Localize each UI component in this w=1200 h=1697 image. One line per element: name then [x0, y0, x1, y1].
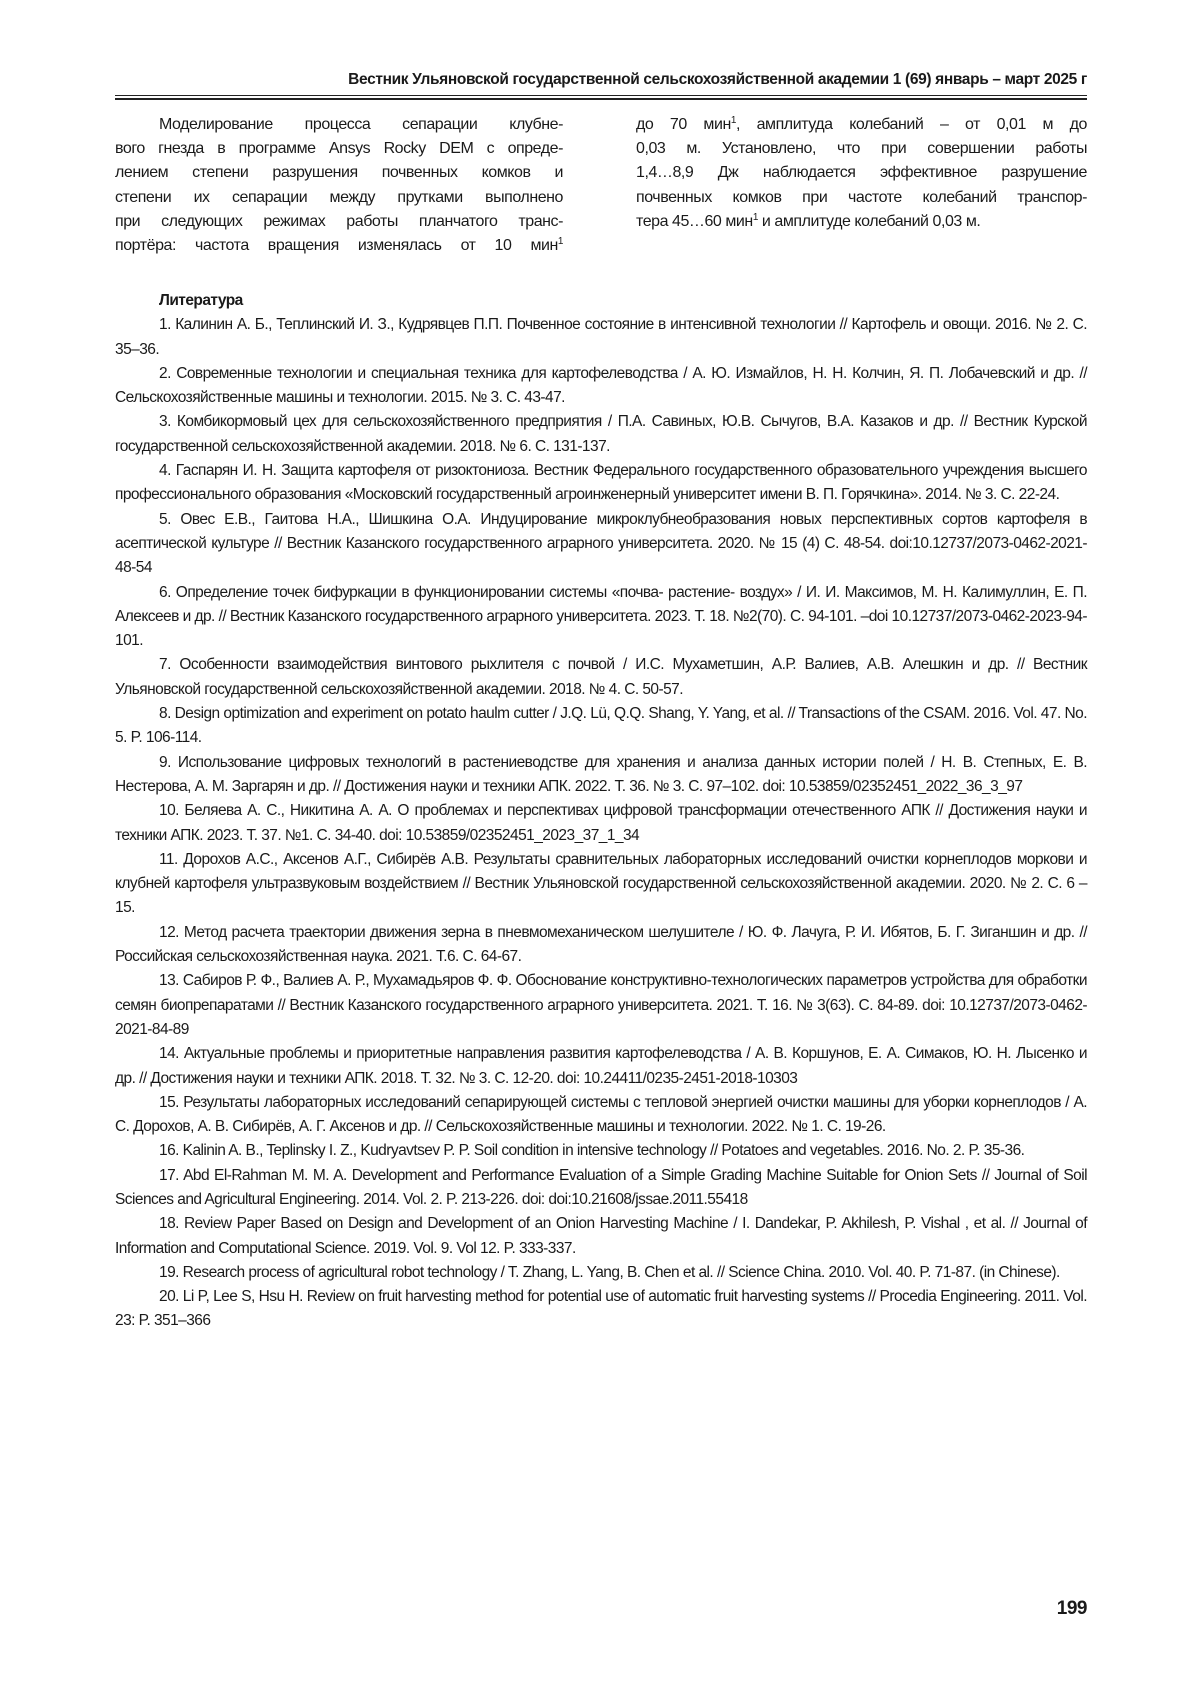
text-line: 1,4…8,9 Дж наблюдается эффективное разру… [636, 161, 1087, 185]
reference-item: 6. Определение точек бифуркации в функци… [115, 581, 1087, 654]
reference-item: 2. Современные технологии и специальная … [115, 362, 1087, 411]
reference-item: 5. Овес Е.В., Гаитова Н.А., Шишкина О.А.… [115, 508, 1087, 581]
header-rule-thick [115, 98, 1087, 100]
text-line: почвенных комков при частоте колебаний т… [636, 186, 1087, 210]
references-section: Литература 1. Калинин А. Б., Теплинский … [115, 289, 1087, 1334]
body-paragraph: до 70 мин1, амплитуда колебаний – от 0,0… [636, 113, 1087, 234]
text-line: до 70 мин1, амплитуда колебаний – от 0,0… [636, 113, 1087, 137]
reference-item: 11. Дорохов А.С., Аксенов А.Г., Сибирёв … [115, 848, 1087, 921]
text-line: степени их сепарации между прутками выпо… [115, 186, 563, 210]
text-fragment: 1,4…8,9 Дж наблюдается эффективное разру… [636, 164, 1087, 181]
references-heading: Литература [159, 289, 1087, 313]
header-rule-thin [115, 95, 1087, 96]
text-fragment: до 70 мин [636, 116, 731, 133]
reference-item: 15. Результаты лабораторных исследований… [115, 1091, 1087, 1140]
text-fragment: , амплитуда колебаний – от 0,01 м до [736, 116, 1087, 133]
reference-item: 8. Design optimization and experiment on… [115, 702, 1087, 751]
text-fragment: тера 45…60 мин [636, 213, 753, 230]
reference-item: 20. Li P, Lee S, Hsu H. Review on fruit … [115, 1285, 1087, 1334]
reference-item: 4. Гаспарян И. Н. Защита картофеля от ри… [115, 459, 1087, 508]
text-line: 0,03 м. Установлено, что при совершении … [636, 137, 1087, 161]
body-column-left: Моделирование процесса сепарации клубне-… [115, 113, 563, 258]
reference-item: 19. Research process of agricultural rob… [115, 1261, 1087, 1285]
text-line: портёра: частота вращения изменялась от … [115, 234, 563, 258]
reference-item: 3. Комбикормовый цех для сельскохозяйств… [115, 410, 1087, 459]
reference-item: 12. Метод расчета траектории движения зе… [115, 921, 1087, 970]
text-line: тера 45…60 мин1 и амплитуде колебаний 0,… [636, 210, 1087, 234]
body-column-right: до 70 мин1, амплитуда колебаний – от 0,0… [636, 113, 1087, 234]
page-number: 199 [1020, 1598, 1087, 1620]
text-fragment: почвенных комков при частоте колебаний т… [636, 189, 1087, 206]
reference-item: 1. Калинин А. Б., Теплинский И. З., Кудр… [115, 313, 1087, 362]
reference-item: 13. Сабиров Р. Ф., Валиев А. Р., Мухамад… [115, 969, 1087, 1042]
reference-item: 14. Актуальные проблемы и приоритетные н… [115, 1042, 1087, 1091]
body-paragraph: Моделирование процесса сепарации клубне-… [115, 113, 563, 258]
text-fragment: портёра: частота вращения изменялась от … [115, 237, 558, 254]
text-line: вого гнезда в программе Ansys Rocky DEM … [115, 137, 563, 161]
text-fragment: 0,03 м. Установлено, что при совершении … [636, 140, 1087, 157]
text-line: при следующих режимах работы планчатого … [115, 210, 563, 234]
text-line: Моделирование процесса сепарации клубне- [115, 113, 563, 137]
reference-item: 17. Abd El-Rahman M. M. A. Development a… [115, 1164, 1087, 1213]
reference-item: 9. Использование цифровых технологий в р… [115, 751, 1087, 800]
text-fragment: и амплитуде колебаний 0,03 м. [758, 213, 981, 230]
reference-item: 7. Особенности взаимодействия винтового … [115, 653, 1087, 702]
reference-item: 18. Review Paper Based on Design and Dev… [115, 1212, 1087, 1261]
text-line: лением степени разрушения почвенных комк… [115, 161, 563, 185]
reference-item: 10. Беляева А. С., Никитина А. А. О проб… [115, 799, 1087, 848]
superscript: 1 [558, 236, 563, 247]
journal-running-header: Вестник Ульяновской государственной сель… [115, 70, 1087, 90]
references-list: 1. Калинин А. Б., Теплинский И. З., Кудр… [115, 313, 1087, 1333]
reference-item: 16. Kalinin A. B., Teplinsky I. Z., Kudr… [115, 1139, 1087, 1163]
